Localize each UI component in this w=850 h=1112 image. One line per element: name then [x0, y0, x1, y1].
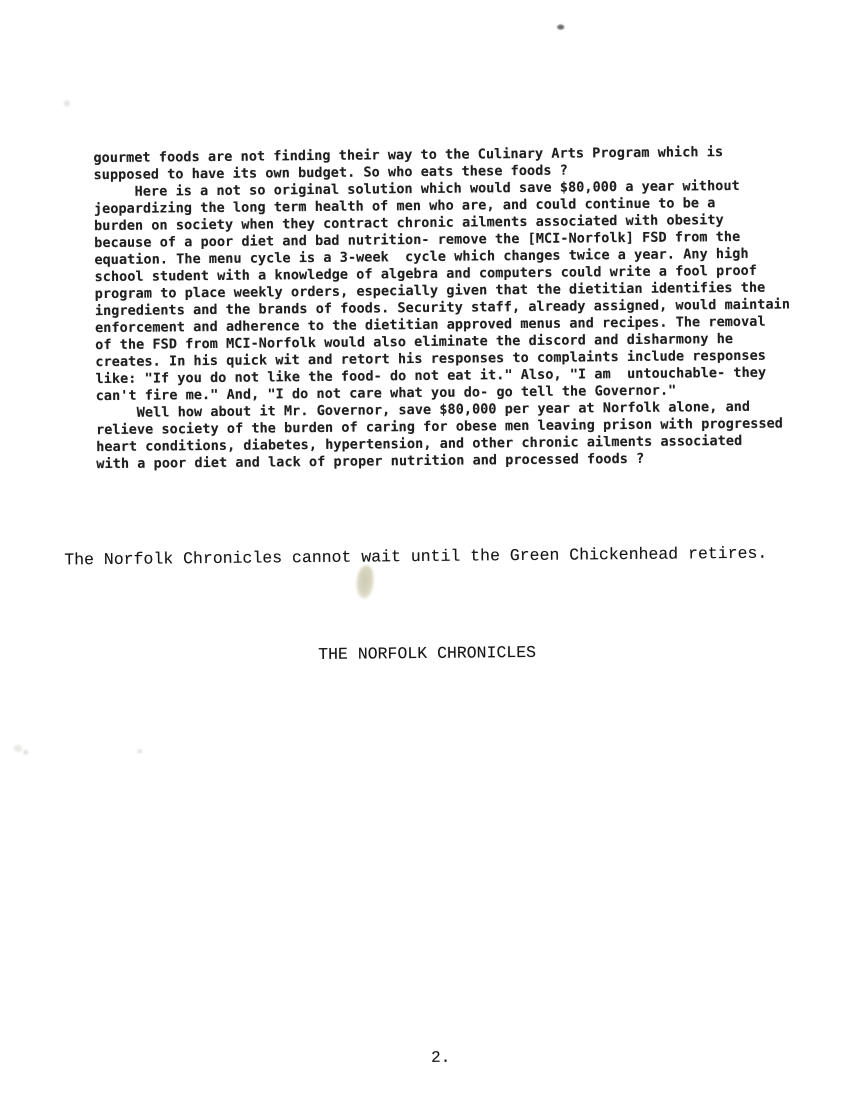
scanned-document-page: gourmet foods are not finding their way …	[0, 0, 850, 1112]
scan-speck	[14, 745, 22, 752]
scan-speck	[64, 100, 70, 106]
paper-stain	[355, 565, 375, 599]
closing-statement: The Norfolk Chronicles cannot wait until…	[64, 544, 767, 570]
signature-line: THE NORFOLK CHRONICLES	[318, 643, 536, 664]
scan-speck	[557, 25, 564, 30]
scan-speck	[137, 749, 142, 754]
scan-speck	[23, 750, 28, 755]
letter-body-text: gourmet foods are not finding their way …	[93, 143, 791, 473]
page-number: 2.	[431, 1049, 450, 1067]
typed-content: gourmet foods are not finding their way …	[0, 0, 850, 1112]
